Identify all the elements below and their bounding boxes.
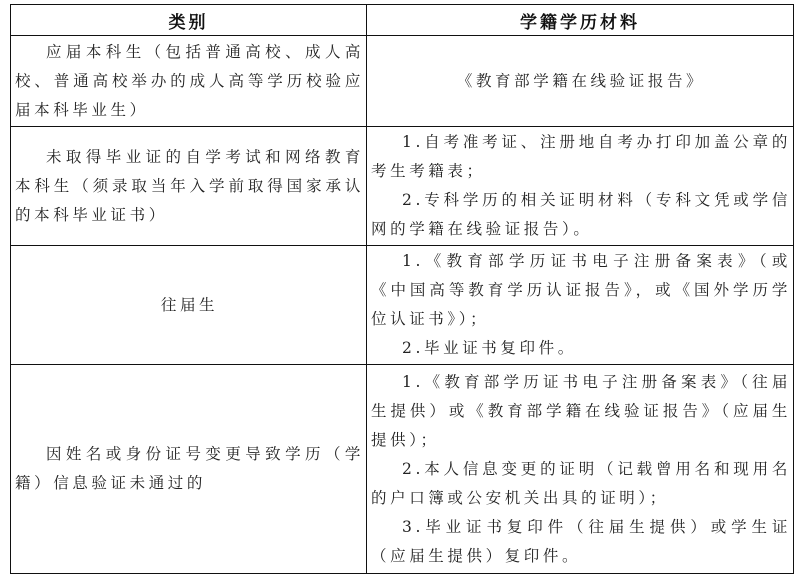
material-item: 2.本人信息变更的证明（记载曾用名和现用名的户口簿或公安机关出具的证明）； — [371, 455, 791, 513]
category-cell: 应届本科生（包括普通高校、成人高校、普通高校举办的成人高等学历校验应届本科毕业生… — [11, 36, 367, 127]
material-item: 1.《教育部学历证书电子注册备案表》（或《中国高等教育学历认证报告》，或《国外学… — [371, 247, 791, 334]
category-cell: 因姓名或身份证号变更导致学历（学籍）信息验证未通过的 — [11, 365, 367, 574]
category-text: 应届本科生（包括普通高校、成人高校、普通高校举办的成人高等学历校验应届本科毕业生… — [15, 38, 364, 125]
material-item: 1.《教育部学历证书电子注册备案表》（往届生提供）或《教育部学籍在线验证报告》（… — [371, 368, 791, 455]
materials-cell: 1.自考准考证、注册地自考办打印加盖公章的考生考籍表； 2.专科学历的相关证明材… — [367, 127, 794, 246]
header-category: 类别 — [11, 5, 367, 36]
material-item: 《教育部学籍在线验证报告》 — [457, 72, 705, 90]
material-item: 2.专科学历的相关证明材料（专科文凭或学信网的学籍在线验证报告）。 — [371, 186, 791, 244]
header-row: 类别 学籍学历材料 — [11, 5, 794, 36]
category-text: 未取得毕业证的自学考试和网络教育本科生（须录取当年入学前取得国家承认的本科毕业证… — [15, 143, 364, 230]
table-row: 因姓名或身份证号变更导致学历（学籍）信息验证未通过的 1.《教育部学历证书电子注… — [11, 365, 794, 574]
material-item: 2.毕业证书复印件。 — [371, 334, 791, 363]
category-cell: 未取得毕业证的自学考试和网络教育本科生（须录取当年入学前取得国家承认的本科毕业证… — [11, 127, 367, 246]
table-row: 未取得毕业证的自学考试和网络教育本科生（须录取当年入学前取得国家承认的本科毕业证… — [11, 127, 794, 246]
material-item: 1.自考准考证、注册地自考办打印加盖公章的考生考籍表； — [371, 128, 791, 186]
category-text: 因姓名或身份证号变更导致学历（学籍）信息验证未通过的 — [15, 440, 364, 498]
material-item: 3.毕业证书复印件（往届生提供）或学生证（应届生提供）复印件。 — [371, 513, 791, 571]
materials-cell: 1.《教育部学历证书电子注册备案表》（往届生提供）或《教育部学籍在线验证报告》（… — [367, 365, 794, 574]
table-row: 往届生 1.《教育部学历证书电子注册备案表》（或《中国高等教育学历认证报告》，或… — [11, 246, 794, 365]
materials-cell: 1.《教育部学历证书电子注册备案表》（或《中国高等教育学历认证报告》，或《国外学… — [367, 246, 794, 365]
materials-table: 类别 学籍学历材料 应届本科生（包括普通高校、成人高校、普通高校举办的成人高等学… — [10, 4, 794, 574]
category-cell: 往届生 — [11, 246, 367, 365]
header-materials: 学籍学历材料 — [367, 5, 794, 36]
table-row: 应届本科生（包括普通高校、成人高校、普通高校举办的成人高等学历校验应届本科毕业生… — [11, 36, 794, 127]
category-text: 往届生 — [161, 296, 218, 314]
materials-cell: 《教育部学籍在线验证报告》 — [367, 36, 794, 127]
